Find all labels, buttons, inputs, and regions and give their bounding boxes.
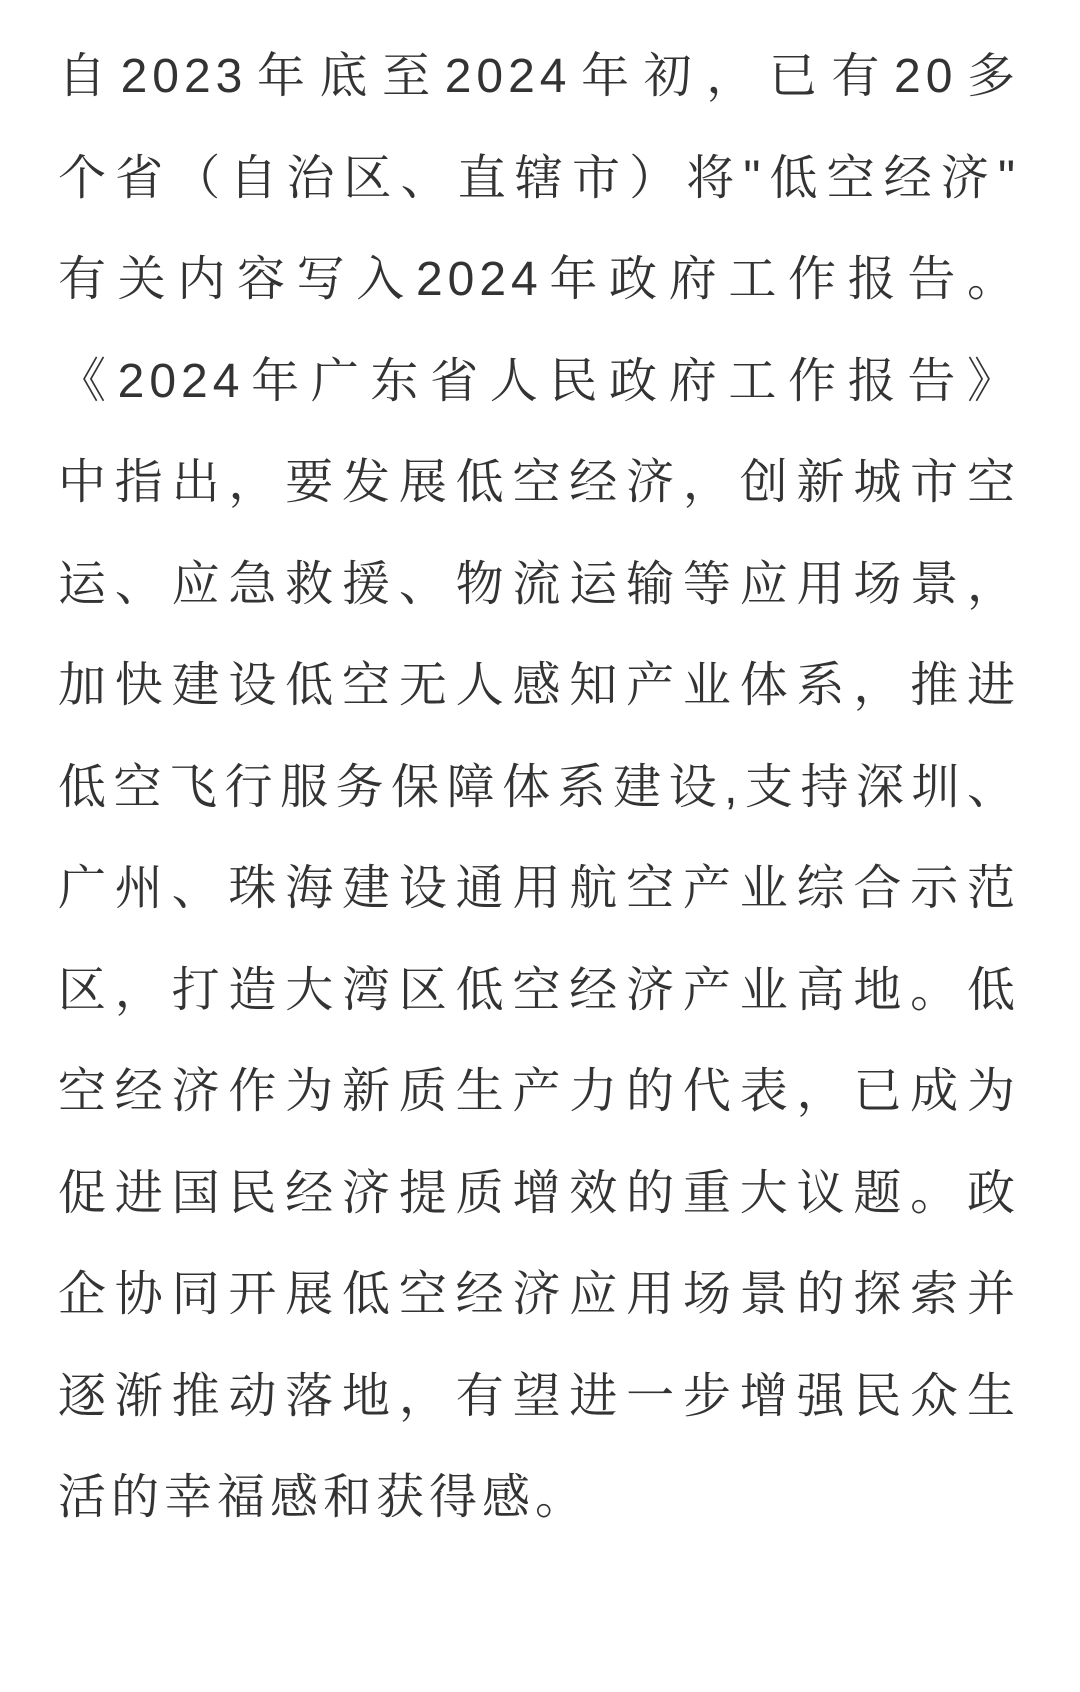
text-line-14: 逐渐推动落地，有望进一步增强民众生 (58, 1346, 1020, 1448)
text-line-13: 企协同开展低空经济应用场景的探索并 (58, 1244, 1020, 1346)
text-line-10: 区，打造大湾区低空经济产业高地。低 (58, 940, 1020, 1042)
text-line-8: 低空飞行服务保障体系建设,支持深圳、 (58, 737, 1020, 839)
text-line-6: 运、应急救援、物流运输等应用场景， (58, 534, 1020, 636)
text-line-3: 有关内容写入2024年政府工作报告。 (58, 229, 1020, 331)
text-passage: 自2023年底至2024年初，已有20多个省（自治区、直辖市）将"低空经济"有关… (0, 0, 1080, 1549)
text-line-7: 加快建设低空无人感知产业体系，推进 (58, 635, 1020, 737)
text-line-5: 中指出，要发展低空经济，创新城市空 (58, 432, 1020, 534)
text-line-11: 空经济作为新质生产力的代表，已成为 (58, 1041, 1020, 1143)
text-line-2: 个省（自治区、直辖市）将"低空经济" (58, 128, 1020, 230)
text-line-1: 自2023年底至2024年初，已有20多 (58, 26, 1020, 128)
text-line-9: 广州、珠海建设通用航空产业综合示范 (58, 838, 1020, 940)
text-line-12: 促进国民经济提质增效的重大议题。政 (58, 1143, 1020, 1245)
text-line-15: 活的幸福感和获得感。 (58, 1447, 1020, 1549)
text-line-4: 《2024年广东省人民政府工作报告》 (58, 331, 1020, 433)
page: { "page": { "background_color": "#ffffff… (0, 0, 1080, 1692)
